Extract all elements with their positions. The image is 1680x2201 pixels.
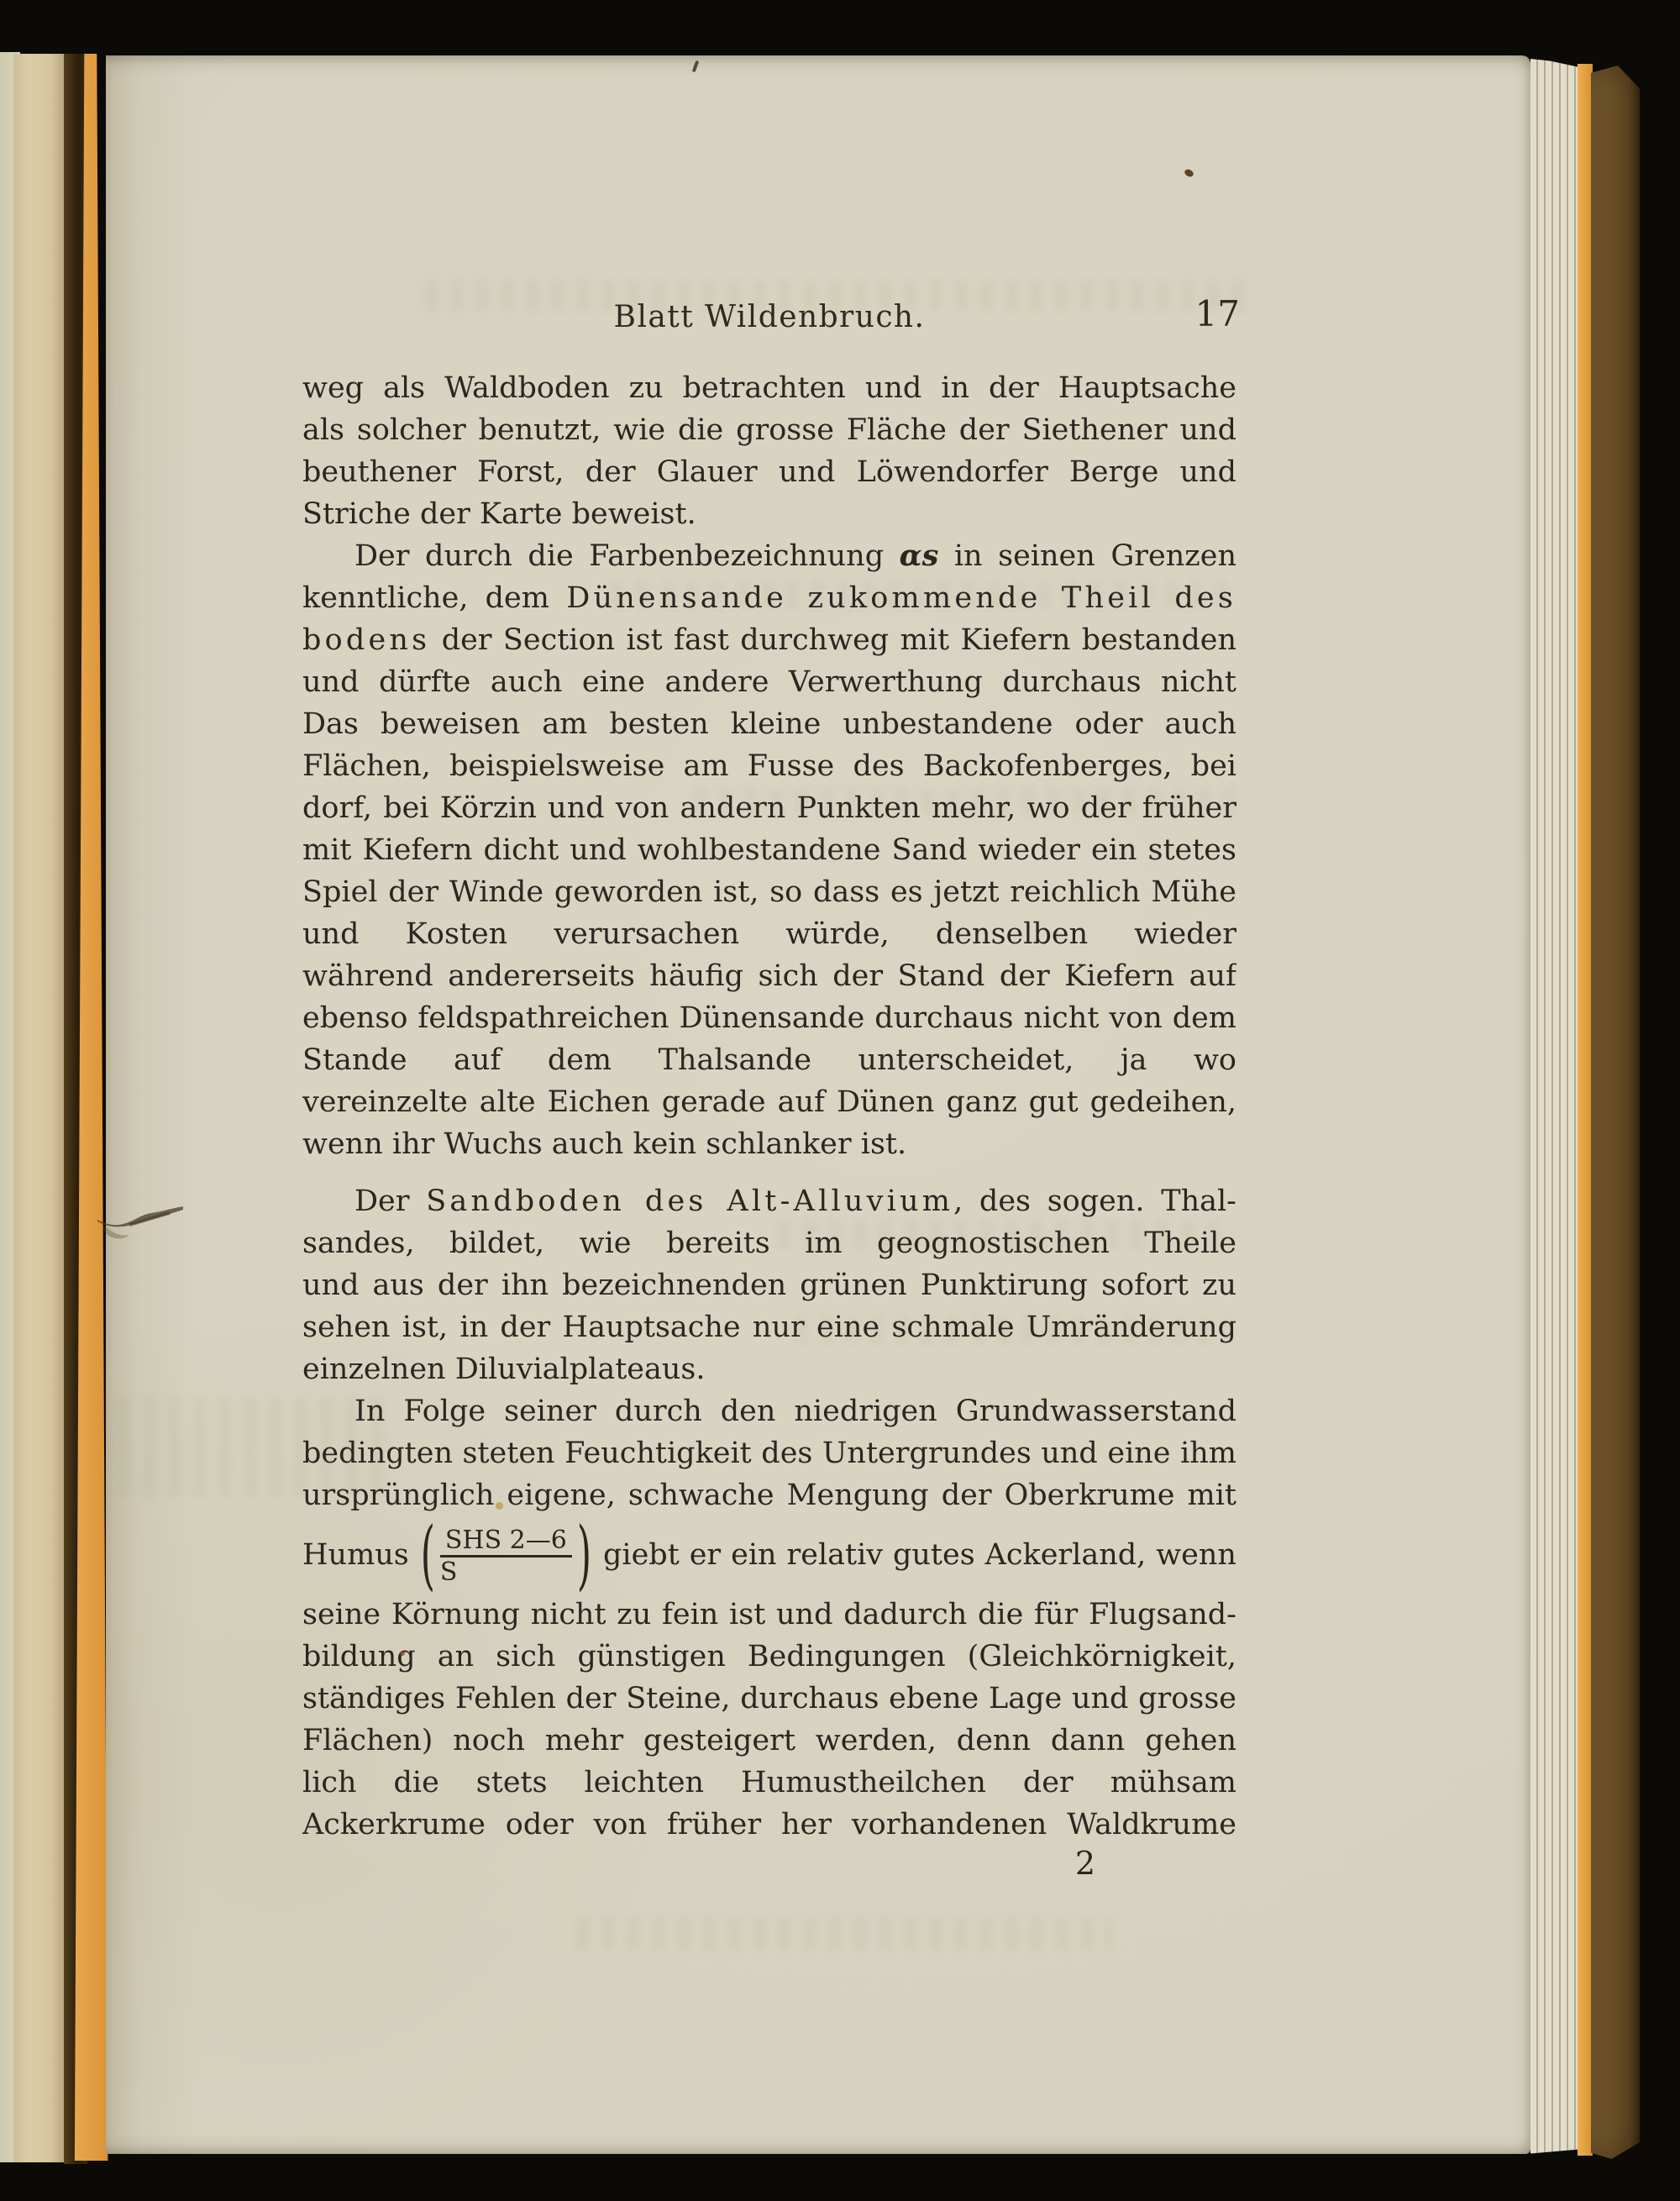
- text-segment: kenntliche, dem: [302, 581, 566, 615]
- text-line: und aus der ihn bezeichnenden grünen Pun…: [302, 1264, 1236, 1306]
- text-line: Ackerkrume oder von früher her vorhanden…: [302, 1804, 1236, 1846]
- text-column: weg als Waldboden zu betrachten und in d…: [302, 367, 1236, 1846]
- text-segment: in seinen Grenzen: [938, 539, 1236, 573]
- signature-mark: 2: [1035, 1845, 1136, 1882]
- text-segment: Der: [354, 1185, 426, 1218]
- book-page: Blatt Wildenbruch. 17 weg als Waldboden …: [106, 55, 1530, 2154]
- page-header: Blatt Wildenbruch. 17: [302, 296, 1236, 339]
- page-number: 17: [1195, 292, 1240, 336]
- fraction-denominator: S: [440, 1558, 572, 1586]
- text-line: In Folge seiner durch den niedrigen Grun…: [302, 1390, 1236, 1432]
- text-line-with-formula: Humus (SHS 2—6S) giebt er ein relativ gu…: [302, 1516, 1236, 1594]
- formula-open-paren: (: [419, 1516, 437, 1594]
- letterspaced-segment: Sandboden des Alt-Alluvium: [426, 1185, 953, 1218]
- text-line: Der Sandboden des Alt-Alluvium, des soge…: [302, 1180, 1236, 1222]
- show-through: [576, 1917, 1114, 1951]
- text-line: Stande auf dem Thalsande unterscheidet, …: [302, 1039, 1236, 1081]
- text-line: Der durch die Farbenbezeichnung αs in se…: [302, 535, 1236, 577]
- text-line: Flächen) noch mehr gesteigert werden, de…: [302, 1720, 1236, 1762]
- text-segment: Der durch die Farbenbezeichnung: [354, 539, 900, 573]
- text-segment: giebt er ein relativ gutes Ackerland, we…: [593, 1538, 1236, 1572]
- running-title: Blatt Wildenbruch.: [302, 296, 1236, 339]
- text-segment: , des sogen. Thal-: [953, 1185, 1236, 1218]
- formula-close-paren: ): [575, 1516, 593, 1594]
- text-line: Spiel der Winde geworden ist, so dass es…: [302, 871, 1236, 913]
- book-cover-board: [1591, 66, 1640, 2159]
- text-line: ebenso feldspathreichen Dünensande durch…: [302, 997, 1236, 1039]
- text-line: weg als Waldboden zu betrachten und in d…: [302, 367, 1236, 409]
- text-line: einzelnen Diluvialplateaus.: [302, 1348, 1236, 1390]
- text-line: sehen ist, in der Hauptsache nur eine sc…: [302, 1306, 1236, 1348]
- text-line: und dürfte auch eine andere Verwerthung …: [302, 661, 1236, 703]
- text-line: ständiges Fehlen der Steine, durchaus eb…: [302, 1678, 1236, 1720]
- text-line: während andererseits häufig sich der Sta…: [302, 955, 1236, 997]
- text-line: Flächen, beispielsweise am Fusse des Bac…: [302, 745, 1236, 787]
- foxing-speck: [400, 1651, 405, 1656]
- text-line: bedingten steten Feuchtigkeit des Unterg…: [302, 1432, 1236, 1474]
- text-line: sandes, bildet, wie bereits im geognosti…: [302, 1222, 1236, 1264]
- text-line: und Kosten verursachen würde, denselben …: [302, 913, 1236, 955]
- text-line: vereinzelte alte Eichen gerade auf Dünen…: [302, 1081, 1236, 1123]
- pen-tick-mark: [692, 60, 700, 73]
- text-line: mit Kiefern dicht und wohlbestandene San…: [302, 829, 1236, 871]
- text-line: ursprünglich eigene, schwache Mengung de…: [302, 1474, 1236, 1516]
- text-line: beuthener Forst, der Glauer und Löwendor…: [302, 451, 1236, 493]
- text-line: bodens der Section ist fast durchweg mit…: [302, 619, 1236, 661]
- text-line: kenntliche, dem Dünensande zukommende Th…: [302, 577, 1236, 619]
- text-line: Striche der Karte beweist.: [302, 493, 1236, 535]
- text-line: bildung an sich günstigen Bedingungen (G…: [302, 1636, 1236, 1678]
- text-line: lich die stets leichten Humustheilchen d…: [302, 1762, 1236, 1804]
- right-orange-endpaper-edge: [1578, 64, 1593, 2156]
- text-line: seine Körnung nicht zu fein ist und dadu…: [302, 1594, 1236, 1636]
- text-segment: Humus: [302, 1538, 419, 1572]
- foxing-speck: [1184, 168, 1194, 178]
- text-line: als solcher benutzt, wie die grosse Fläc…: [302, 409, 1236, 451]
- text-line: dorf, bei Körzin und von andern Punkten …: [302, 787, 1236, 829]
- soil-formula-fraction: SHS 2—6S: [440, 1527, 572, 1586]
- ink-smudge: [96, 1188, 213, 1255]
- text-segment: der Section ist fast durchweg mit Kiefer…: [430, 623, 1236, 657]
- right-page-stack-edge: [1530, 59, 1579, 2156]
- foxing-speck: [496, 1502, 503, 1510]
- text-line: wenn ihr Wuchs auch kein schlanker ist.: [302, 1123, 1236, 1165]
- text-line: Das beweisen am besten kleine unbestande…: [302, 703, 1236, 745]
- left-page-block-edge: [13, 54, 67, 2162]
- map-symbol-alpha-s: αs: [900, 538, 939, 573]
- letterspaced-segment: bodens: [302, 623, 430, 657]
- scanned-book-photo: Blatt Wildenbruch. 17 weg als Waldboden …: [0, 0, 1680, 2201]
- fraction-numerator: SHS 2—6: [440, 1527, 572, 1558]
